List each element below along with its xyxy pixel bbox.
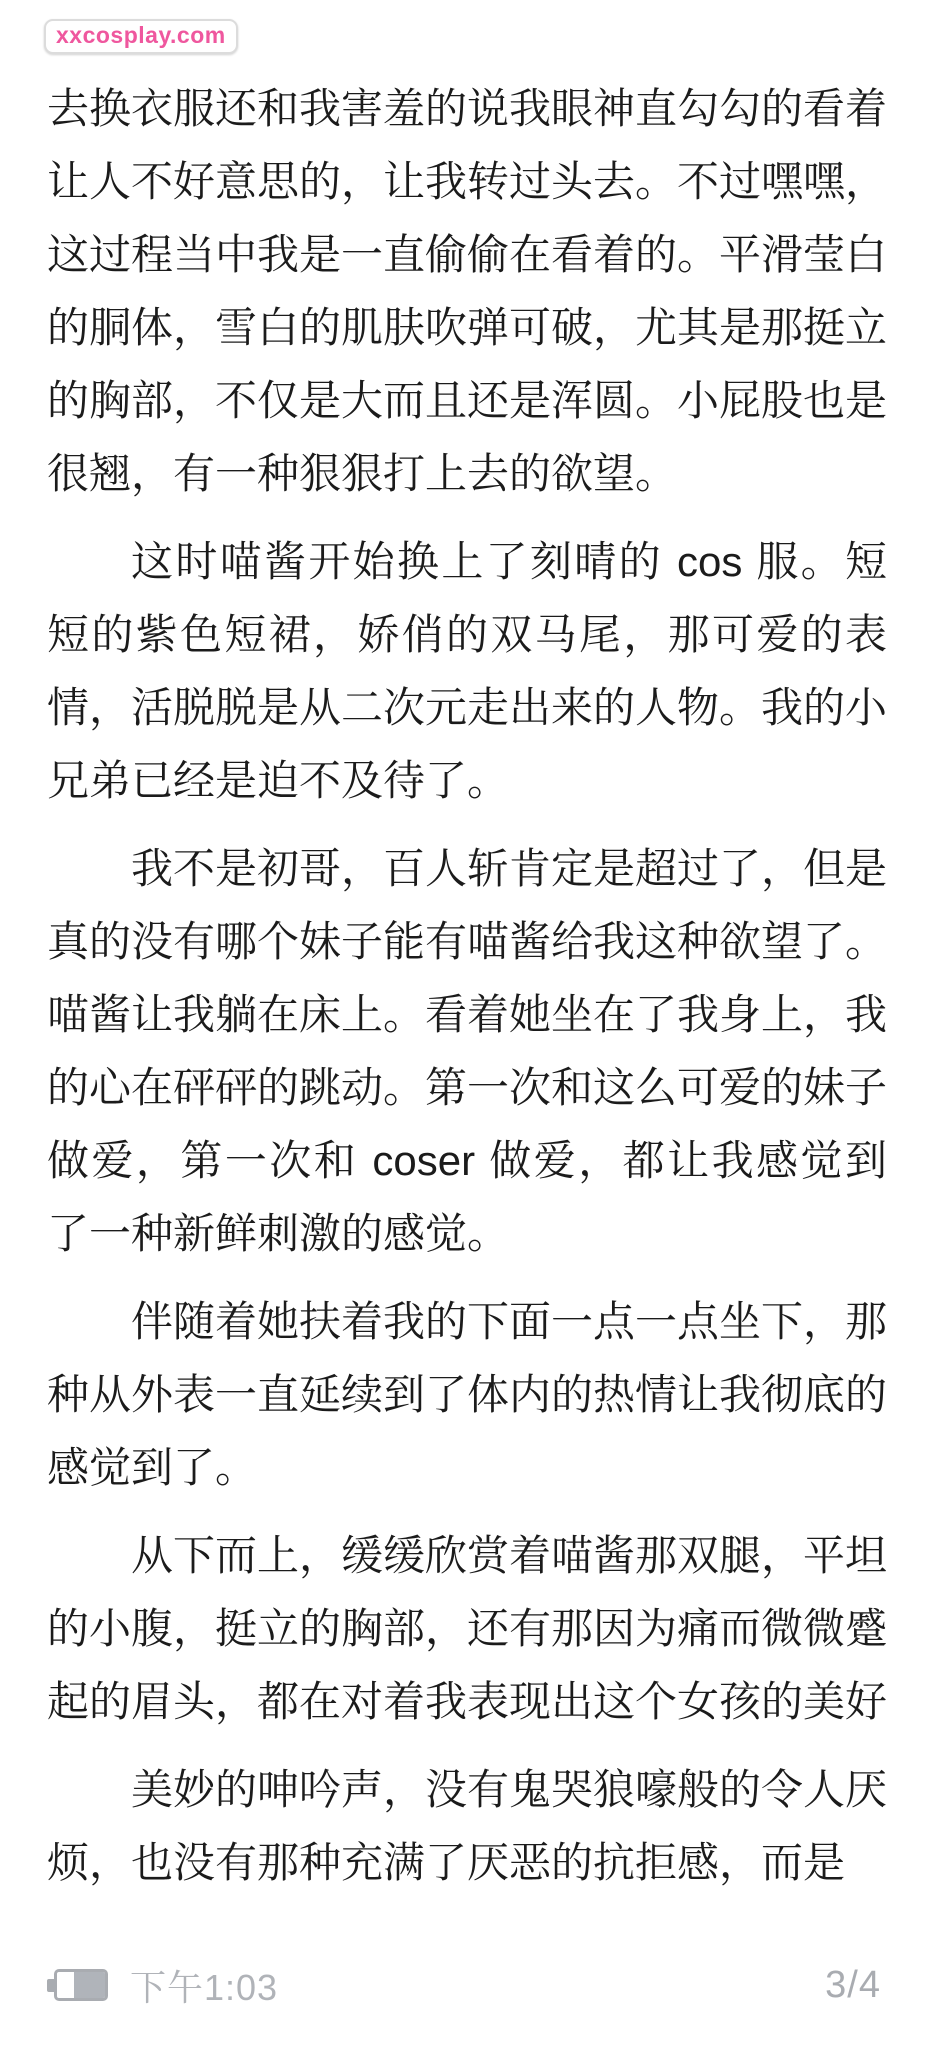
clock-time: 下午1:03 bbox=[130, 1960, 278, 2011]
reader-page: xxcosplay.com 去换衣服还和我害羞的说我眼神直勾勾的看着让人不好意思… bbox=[0, 0, 931, 2048]
status-bar: 下午1:03 3/4 bbox=[47, 1960, 881, 2010]
paragraph: 美妙的呻吟声，没有鬼哭狼嚎般的令人厌烦，也没有那种充满了厌恶的抗拒感，而是 bbox=[47, 1753, 887, 1899]
paragraph: 从下而上，缓缓欣赏着喵酱那双腿，平坦的小腹，挺立的胸部，还有那因为痛而微微蹙起的… bbox=[47, 1519, 887, 1738]
paragraph: 我不是初哥，百人斩肯定是超过了，但是真的没有哪个妹子能有喵酱给我这种欲望了。喵酱… bbox=[47, 832, 887, 1270]
paragraph: 伴随着她扶着我的下面一点一点坐下，那种从外表一直延续到了体内的热情让我彻底的感觉… bbox=[47, 1285, 887, 1504]
status-bar-left: 下午1:03 bbox=[47, 1960, 278, 2011]
watermark-text: xxcosplay.com bbox=[56, 22, 226, 48]
paragraph: 这时喵酱开始换上了刻晴的 cos 服。短短的紫色短裙，娇俏的双马尾，那可爱的表情… bbox=[47, 525, 887, 817]
battery-body bbox=[54, 1969, 108, 2001]
battery-fill bbox=[74, 1972, 105, 1998]
reader-content[interactable]: 去换衣服还和我害羞的说我眼神直勾勾的看着让人不好意思的，让我转过头去。不过嘿嘿，… bbox=[47, 72, 887, 1914]
watermark-badge: xxcosplay.com bbox=[44, 19, 238, 54]
paragraph: 去换衣服还和我害羞的说我眼神直勾勾的看着让人不好意思的，让我转过头去。不过嘿嘿，… bbox=[47, 72, 887, 510]
battery-nub bbox=[47, 1979, 54, 1992]
page-indicator: 3/4 bbox=[825, 1964, 881, 2007]
battery-icon bbox=[47, 1969, 108, 2001]
